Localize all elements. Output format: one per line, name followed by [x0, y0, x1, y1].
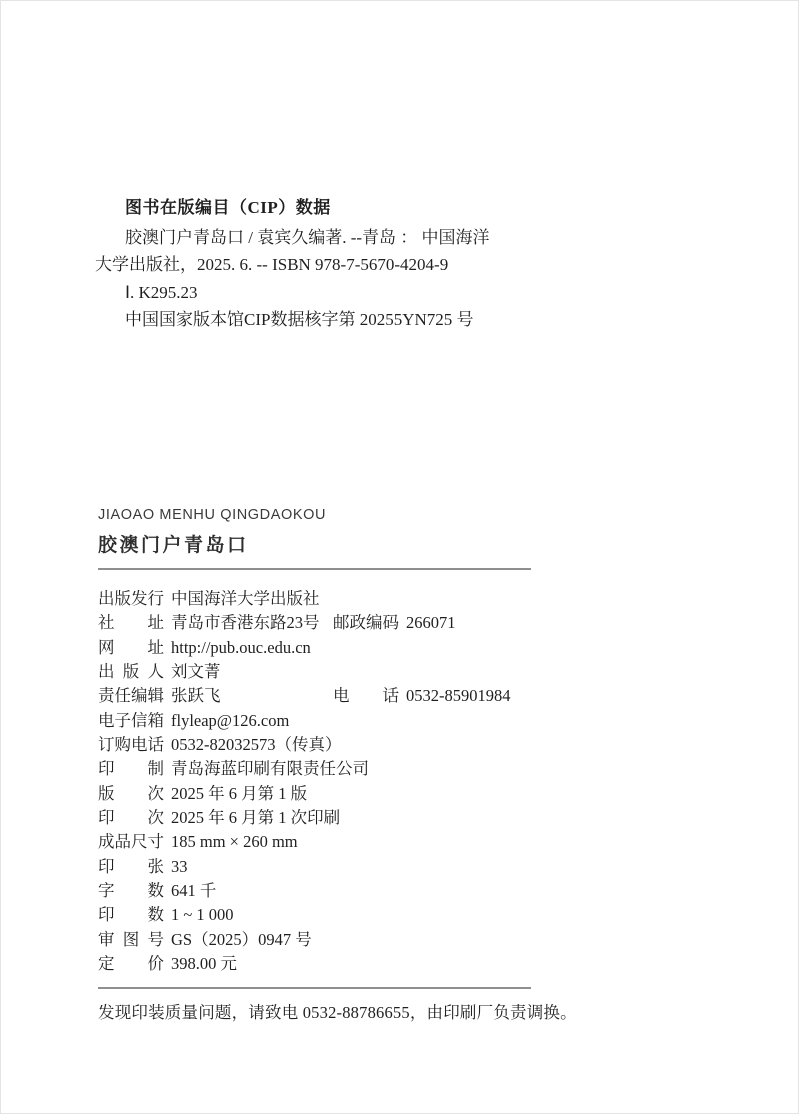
row-label: 电子信箱 [98, 709, 164, 733]
row-value: 中国海洋大学出版社 [171, 587, 320, 611]
book-title: 胶澳门户青岛口 [98, 530, 326, 557]
colophon-row: 定价398.00 元 [98, 952, 748, 976]
row-label: 出版人 [98, 660, 164, 684]
row-secondary-column: 电话0532-85901984 [333, 684, 511, 708]
colophon-row: 网址http://pub.ouc.edu.cn [98, 636, 748, 660]
colophon-list: 出版发行中国海洋大学出版社社址青岛市香港东路23号邮政编码266071网址htt… [98, 587, 748, 977]
quality-notice: 发现印装质量问题，请致电 0532-88786655，由印刷厂负责调换。 [98, 999, 577, 1023]
row-secondary-value: 266071 [406, 611, 456, 635]
row-label: 责任编辑 [98, 684, 164, 708]
colophon-row: 责任编辑张跃飞电话0532-85901984 [98, 684, 748, 708]
row-secondary-value: 0532-85901984 [406, 684, 511, 708]
divider-bottom [98, 987, 531, 989]
colophon-row: 印张33 [98, 855, 748, 879]
row-label: 出版发行 [98, 587, 164, 611]
row-label: 成品尺寸 [98, 830, 164, 854]
row-value: 398.00 元 [171, 952, 237, 976]
row-value: 2025 年 6 月第 1 次印刷 [171, 806, 340, 830]
row-label: 订购电话 [98, 733, 164, 757]
cip-lines: 胶澳门户青岛口 / 袁宾久编著. --青岛 ： 中国海洋大学出版社，2025. … [95, 224, 555, 334]
colophon-row: 电子信箱flyleap@126.com [98, 709, 748, 733]
colophon-row: 社址青岛市香港东路23号邮政编码266071 [98, 611, 748, 635]
cip-heading: 图书在版编目（CIP）数据 [95, 194, 555, 222]
cip-line: 大学出版社，2025. 6. -- ISBN 978-7-5670-4204-9 [95, 251, 555, 279]
row-value: 641 千 [171, 879, 216, 903]
row-secondary-label: 电话 [333, 684, 399, 708]
row-label: 审图号 [98, 928, 164, 952]
row-label: 字数 [98, 879, 164, 903]
row-value: http://pub.ouc.edu.cn [171, 636, 311, 660]
row-label: 印制 [98, 757, 164, 781]
divider-top [98, 568, 531, 570]
row-value: GS（2025）0947 号 [171, 928, 312, 952]
row-label: 网址 [98, 636, 164, 660]
colophon-row: 印数1 ~ 1 000 [98, 903, 748, 927]
row-secondary-column: 邮政编码266071 [333, 611, 456, 635]
cip-data-block: 图书在版编目（CIP）数据 胶澳门户青岛口 / 袁宾久编著. --青岛 ： 中国… [95, 194, 555, 334]
colophon-row: 出版发行中国海洋大学出版社 [98, 587, 748, 611]
colophon-row: 印制青岛海蓝印刷有限责任公司 [98, 757, 748, 781]
colophon-row: 出版人刘文菁 [98, 660, 748, 684]
row-secondary-label: 邮政编码 [333, 611, 399, 635]
row-value: 青岛海蓝印刷有限责任公司 [171, 757, 369, 781]
book-title-pinyin: JIAOAO MENHU QINGDAOKOU [98, 507, 326, 523]
row-value: 青岛市香港东路23号 [171, 611, 320, 635]
colophon-row: 成品尺寸185 mm × 260 mm [98, 830, 748, 854]
row-label: 社址 [98, 611, 164, 635]
title-block: JIAOAO MENHU QINGDAOKOU 胶澳门户青岛口 [98, 507, 326, 557]
row-value: 0532-82032573（传真） [171, 733, 342, 757]
row-value: flyleap@126.com [171, 709, 289, 733]
row-value: 185 mm × 260 mm [171, 830, 298, 854]
cip-line: Ⅰ. K295.23 [95, 279, 555, 307]
row-label: 印张 [98, 855, 164, 879]
row-label: 定价 [98, 952, 164, 976]
row-label: 印次 [98, 806, 164, 830]
copyright-page: 图书在版编目（CIP）数据 胶澳门户青岛口 / 袁宾久编著. --青岛 ： 中国… [0, 0, 799, 1114]
row-value: 1 ~ 1 000 [171, 903, 234, 927]
colophon-row: 印次2025 年 6 月第 1 次印刷 [98, 806, 748, 830]
colophon-row: 订购电话0532-82032573（传真） [98, 733, 748, 757]
row-value: 刘文菁 [171, 660, 221, 684]
colophon-row: 版次2025 年 6 月第 1 版 [98, 782, 748, 806]
row-value: 2025 年 6 月第 1 版 [171, 782, 307, 806]
colophon-row: 字数641 千 [98, 879, 748, 903]
row-value: 张跃飞 [171, 684, 221, 708]
row-label: 印数 [98, 903, 164, 927]
row-label: 版次 [98, 782, 164, 806]
row-value: 33 [171, 855, 188, 879]
cip-line: 胶澳门户青岛口 / 袁宾久编著. --青岛 ： 中国海洋 [95, 224, 555, 252]
cip-line: 中国国家版本馆CIP数据核字第 20255YN725 号 [95, 306, 555, 334]
colophon-row: 审图号GS（2025）0947 号 [98, 928, 748, 952]
